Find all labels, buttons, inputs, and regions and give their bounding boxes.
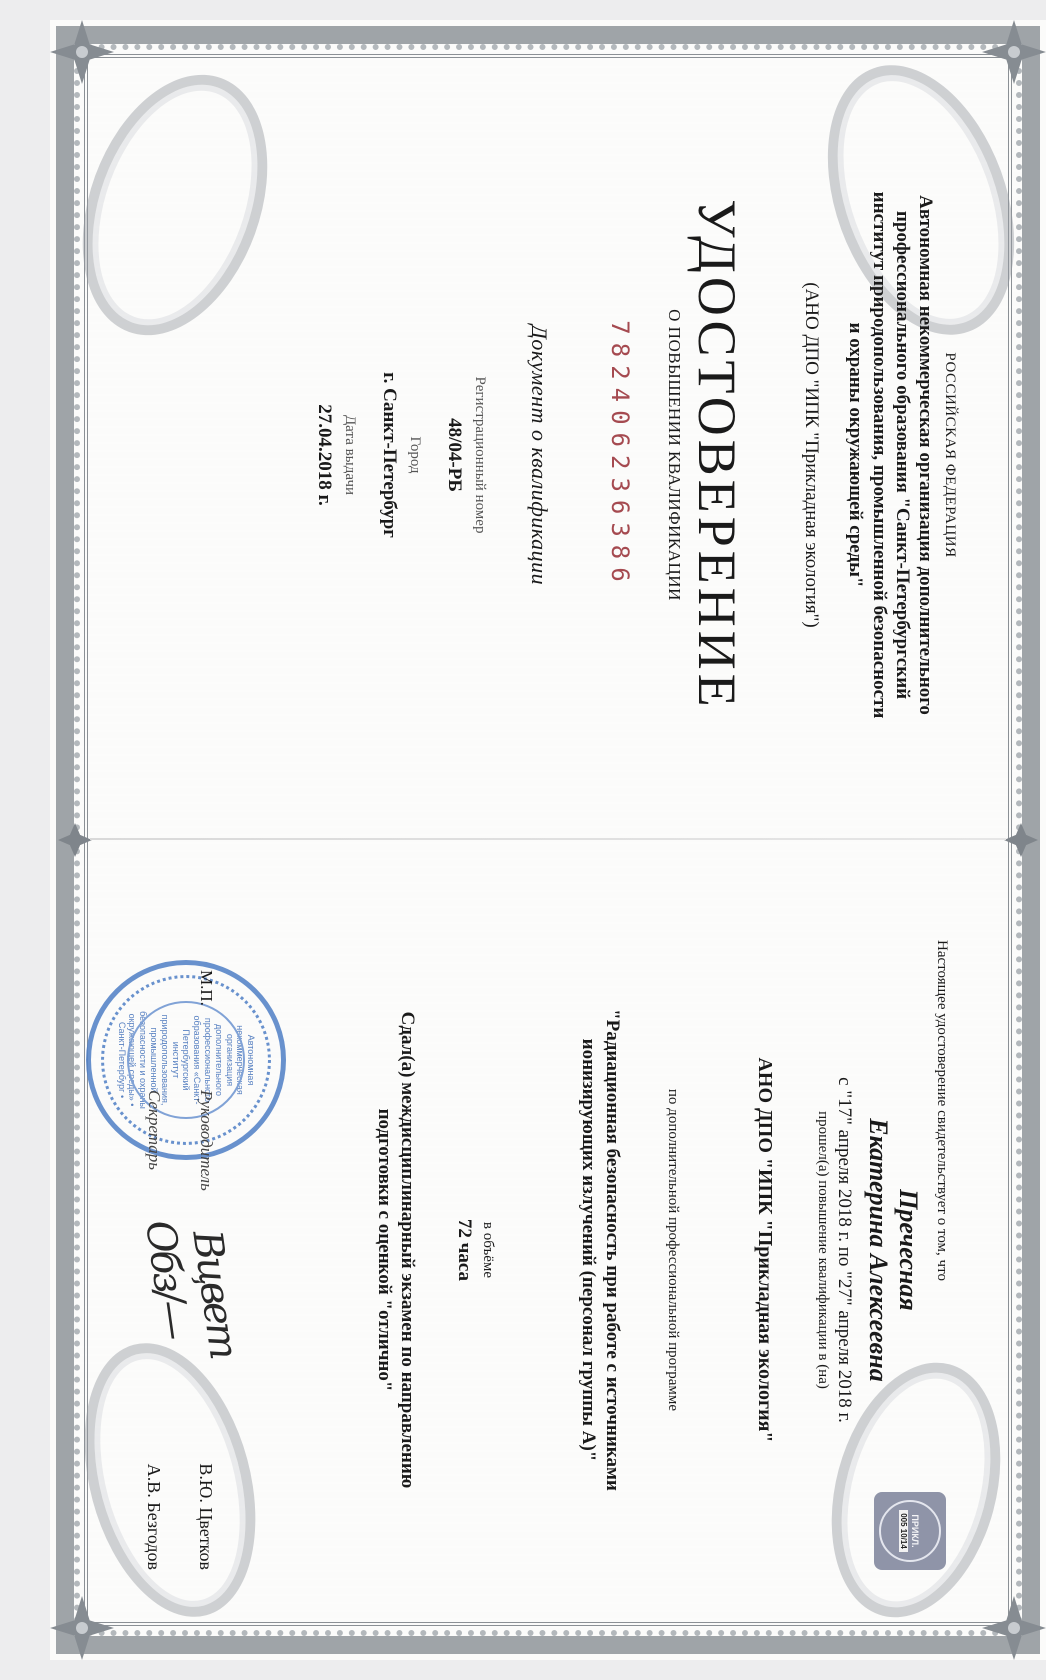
seal-text: Автономная некоммерческая организация до… — [116, 1010, 256, 1110]
seal-place-label: М.П. — [196, 970, 216, 1006]
organization-line: профессионального образования "Санкт-Пет… — [891, 90, 914, 820]
volume-label: в объёме — [480, 900, 497, 1600]
right-page: ПРИКЛ. 005 10/14 Настоящее удостоверение… — [106, 900, 986, 1600]
document-kind: Документ о квалификации — [526, 90, 552, 820]
document-subtitle: О ПОВЫШЕНИИ КВАЛИФИКАЦИИ — [664, 90, 684, 820]
badge-emblem-icon: ПРИКЛ. 005 10/14 — [879, 1500, 941, 1562]
volume-hours: 72 часа — [454, 900, 476, 1600]
official-seal: Автономная некоммерческая организация до… — [86, 960, 286, 1160]
badge-label: ПРИКЛ. — [911, 1514, 921, 1547]
program-line: ионизирующих излучений (персонал группы … — [577, 900, 601, 1600]
signatory-name: А.В. Безгодов — [143, 1464, 164, 1570]
organization-full-name: Автономная некоммерческая организация до… — [844, 90, 937, 820]
registration-number: 48/04-РБ — [443, 90, 465, 820]
organization-short-name: (АНО ДПО "ИПК "Прикладная экология") — [800, 90, 822, 820]
organization-line: и охраны окружающей среды" — [844, 90, 867, 820]
registration-label: Регистрационный номер — [471, 90, 488, 820]
document-title: УДОСТОВЕРЕНИЕ — [686, 90, 748, 820]
issue-date-label: Дата выдачи — [341, 90, 358, 820]
signature-head: Вцвет — [183, 1227, 246, 1359]
left-page: РОССИЙСКАЯ ФЕДЕРАЦИЯ Автономная некоммер… — [106, 90, 986, 820]
passed-text: прошел(а) повышение квалификации в (на) — [814, 900, 831, 1600]
accreditation-badge: ПРИКЛ. 005 10/14 — [874, 1492, 946, 1570]
exam-line: Сдал(а) междисциплинарный экзамен по нап… — [396, 900, 420, 1600]
exam-line: подготовки с оценкой "отлично" — [372, 900, 396, 1600]
serial-number: 782406236386 — [606, 90, 634, 820]
signatory-name: В.Ю. Цветков — [195, 1463, 216, 1570]
certificate-sheet: РОССИЙСКАЯ ФЕДЕРАЦИЯ Автономная некоммер… — [50, 20, 1046, 1660]
country-name: РОССИЙСКАЯ ФЕДЕРАЦИЯ — [941, 90, 958, 820]
program-name: "Радиационная безопасность при работе с … — [577, 900, 625, 1600]
city-label: Город — [406, 90, 423, 820]
organization-line: институт природопользования, промышленно… — [867, 90, 890, 820]
signatory-role: Руководитель — [196, 1090, 216, 1191]
program-label: по дополнительной профессиональной прогр… — [664, 900, 681, 1600]
training-organization: АНО ДПО "ИПК "Прикладная экология" — [753, 900, 776, 1600]
program-line: "Радиационная безопасность при работе с … — [600, 900, 624, 1600]
exam-result: Сдал(а) междисциплинарный экзамен по нап… — [372, 900, 420, 1600]
issue-date: 27.04.2018 г. — [313, 90, 335, 820]
badge-code: 005 10/14 — [900, 1510, 909, 1552]
training-period: с "17" апреля 2018 г. по "27" апреля 201… — [833, 900, 855, 1600]
signatory-role: Секретарь — [144, 1090, 164, 1170]
page-fold — [90, 838, 1006, 840]
organization-line: Автономная некоммерческая организация до… — [914, 90, 937, 820]
city: г. Санкт-Петербург — [378, 90, 400, 820]
